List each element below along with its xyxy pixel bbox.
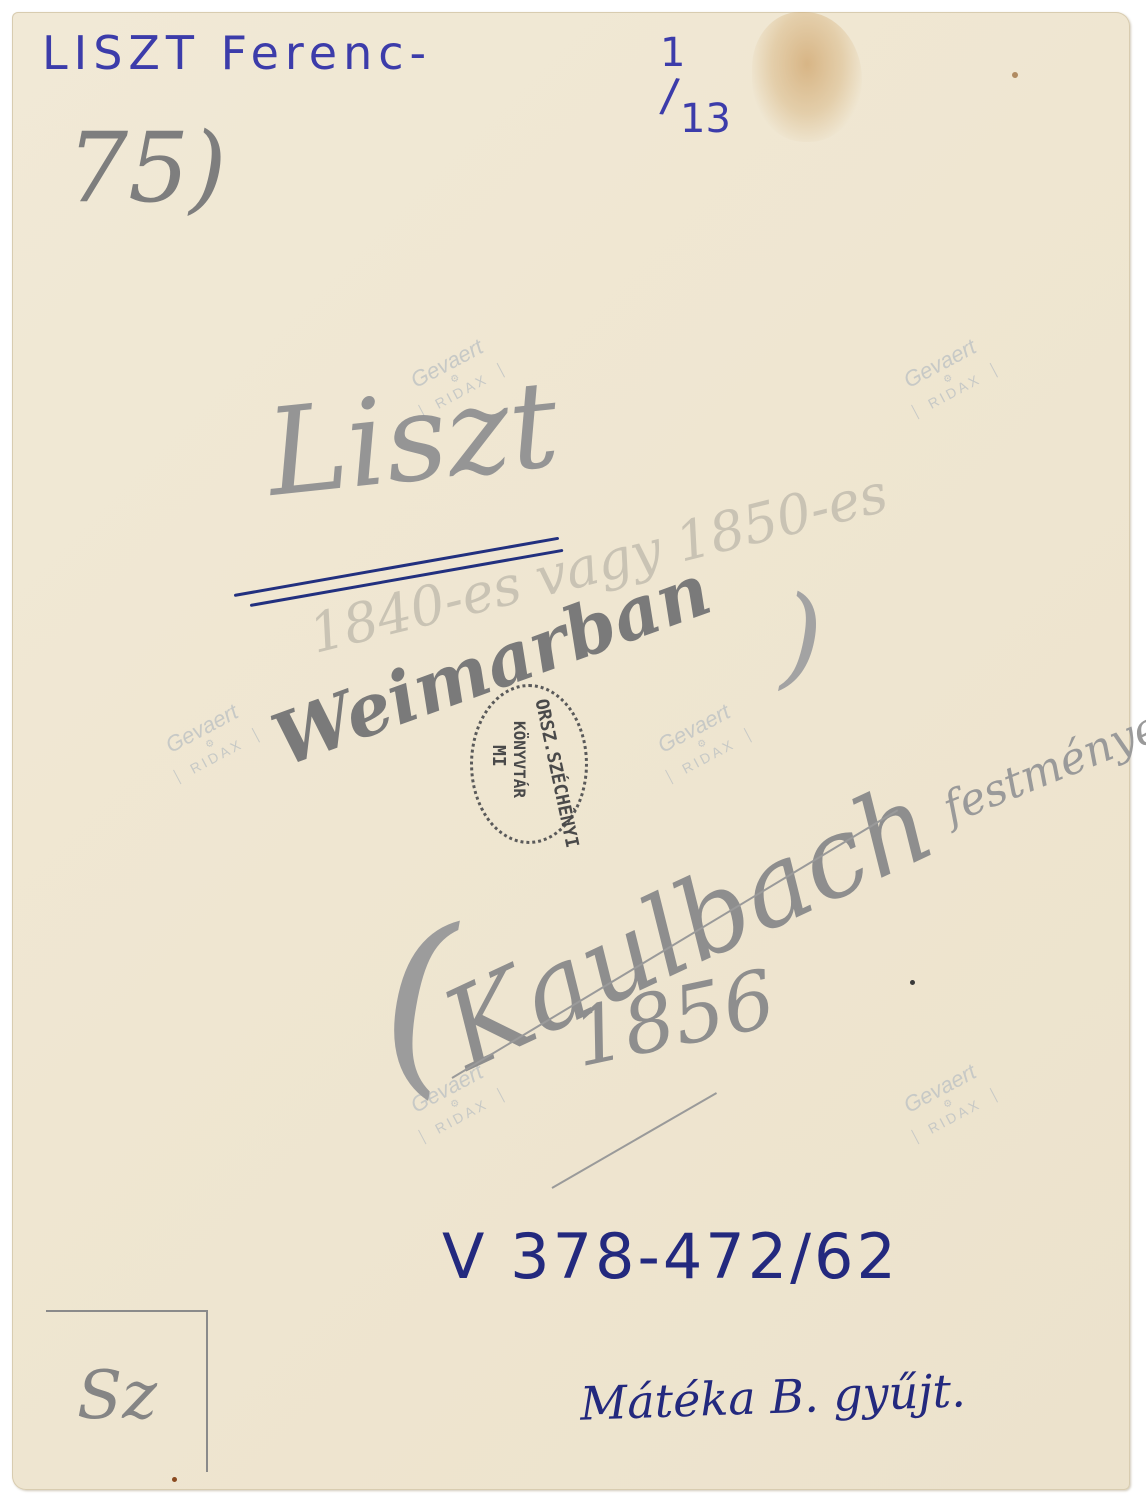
corner-initial-mark: Sz: [77, 1357, 157, 1434]
library-stamp: ORSZ.SZÉCHÉNYI KÖNYVTÁR MI: [470, 684, 588, 844]
paper-watermark: Gevaert ⚙ RIDAX: [639, 691, 778, 822]
foxing-stain: [752, 12, 862, 142]
foxing-spot: [172, 1477, 177, 1482]
subject-title: LISZT Ferenc-: [42, 26, 432, 80]
year-underline: [552, 1092, 718, 1189]
item-fraction-denominator: 13: [680, 96, 731, 142]
catalog-number: V 378-472/62: [442, 1220, 899, 1293]
foxing-spot: [1012, 72, 1018, 78]
pencil-number: 75): [67, 112, 227, 224]
stamp-line-3: MI: [488, 745, 509, 767]
signature-liszt: Liszt: [261, 355, 565, 524]
photo-card-back: Gevaert ⚙ RIDAX Gevaert ⚙ RIDAX Gevaert …: [12, 12, 1130, 1490]
collection-note: Mátéka B. gyűjt.: [579, 1363, 966, 1430]
paper-watermark: Gevaert ⚙ RIDAX: [885, 326, 1024, 457]
stamp-line-1: ORSZ.SZÉCHÉNYI: [530, 697, 582, 850]
faint-close-paren: ): [780, 572, 823, 700]
stamp-line-2: KÖNYVTÁR: [510, 721, 529, 798]
paper-watermark: Gevaert ⚙ RIDAX: [885, 1051, 1024, 1182]
foxing-spot: [910, 980, 915, 985]
painter-role-festmenye: festménye: [936, 701, 1146, 834]
